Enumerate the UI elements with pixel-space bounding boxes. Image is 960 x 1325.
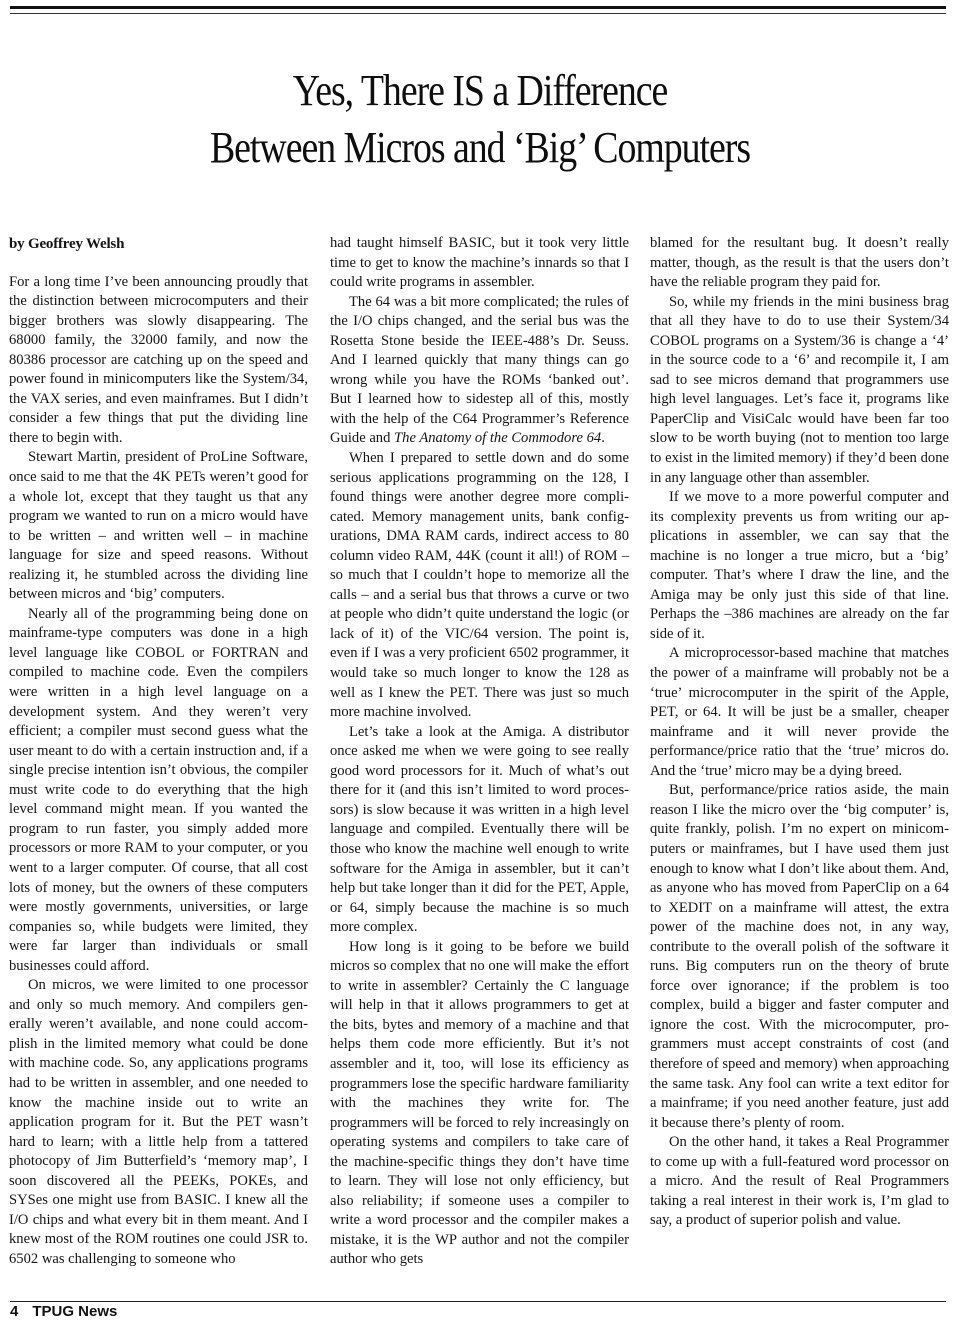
page-number: 4 <box>10 1303 18 1320</box>
paragraph: But, performance/price ratios aside, the… <box>650 781 949 1133</box>
column-3: blamed for the resultant bug. It doesn’t… <box>650 234 949 1231</box>
paragraph: For a long time I’ve been announcing pro… <box>9 273 308 449</box>
paragraph: If we move to a more powerful computer a… <box>650 488 949 644</box>
column-1: by Geoffrey Welsh For a long time I’ve b… <box>9 232 308 1269</box>
paragraph: A microprocessor-based machine that matc… <box>650 644 949 781</box>
paragraph: When I prepared to settle down and do so… <box>330 449 629 723</box>
paragraph-text: The 64 was a bit more complicated; the r… <box>330 294 629 447</box>
paragraph-suffix: . <box>601 430 605 446</box>
footer-rule <box>10 1301 946 1302</box>
paragraph: Let’s take a look at the Amiga. A distri… <box>330 723 629 938</box>
article-title-line-2: Between Micros and ‘Big’ Computers <box>67 119 893 176</box>
paragraph: How long is it going to be before we bui… <box>330 938 629 1270</box>
header-rule-thick <box>10 6 946 9</box>
paragraph: Stewart Martin, president of ProLine Sof… <box>9 448 308 604</box>
paragraph: Nearly all of the programming being done… <box>9 605 308 976</box>
paragraph: had taught himself BASIC, but it took ve… <box>330 234 629 293</box>
book-title-italic: The Anatomy of the Com­modore 64 <box>394 430 601 446</box>
paragraph: On the other hand, it takes a Real Progr… <box>650 1133 949 1231</box>
column-2: had taught himself BASIC, but it took ve… <box>330 234 629 1270</box>
publication-name: TPUG News <box>32 1303 117 1320</box>
paragraph: The 64 was a bit more complicated; the r… <box>330 293 629 449</box>
article-title: Yes, There IS a Difference Between Micro… <box>67 62 893 176</box>
paragraph: On micros, we were limited to one proces… <box>9 976 308 1269</box>
byline: by Geoffrey Welsh <box>9 235 308 255</box>
page-footer: 4TPUG News <box>10 1302 117 1322</box>
article-title-line-1: Yes, There IS a Difference <box>67 62 893 119</box>
paragraph: blamed for the resultant bug. It doesn’t… <box>650 234 949 293</box>
header-rule-thin <box>10 13 946 14</box>
paragraph: So, while my friends in the mini busines… <box>650 293 949 488</box>
